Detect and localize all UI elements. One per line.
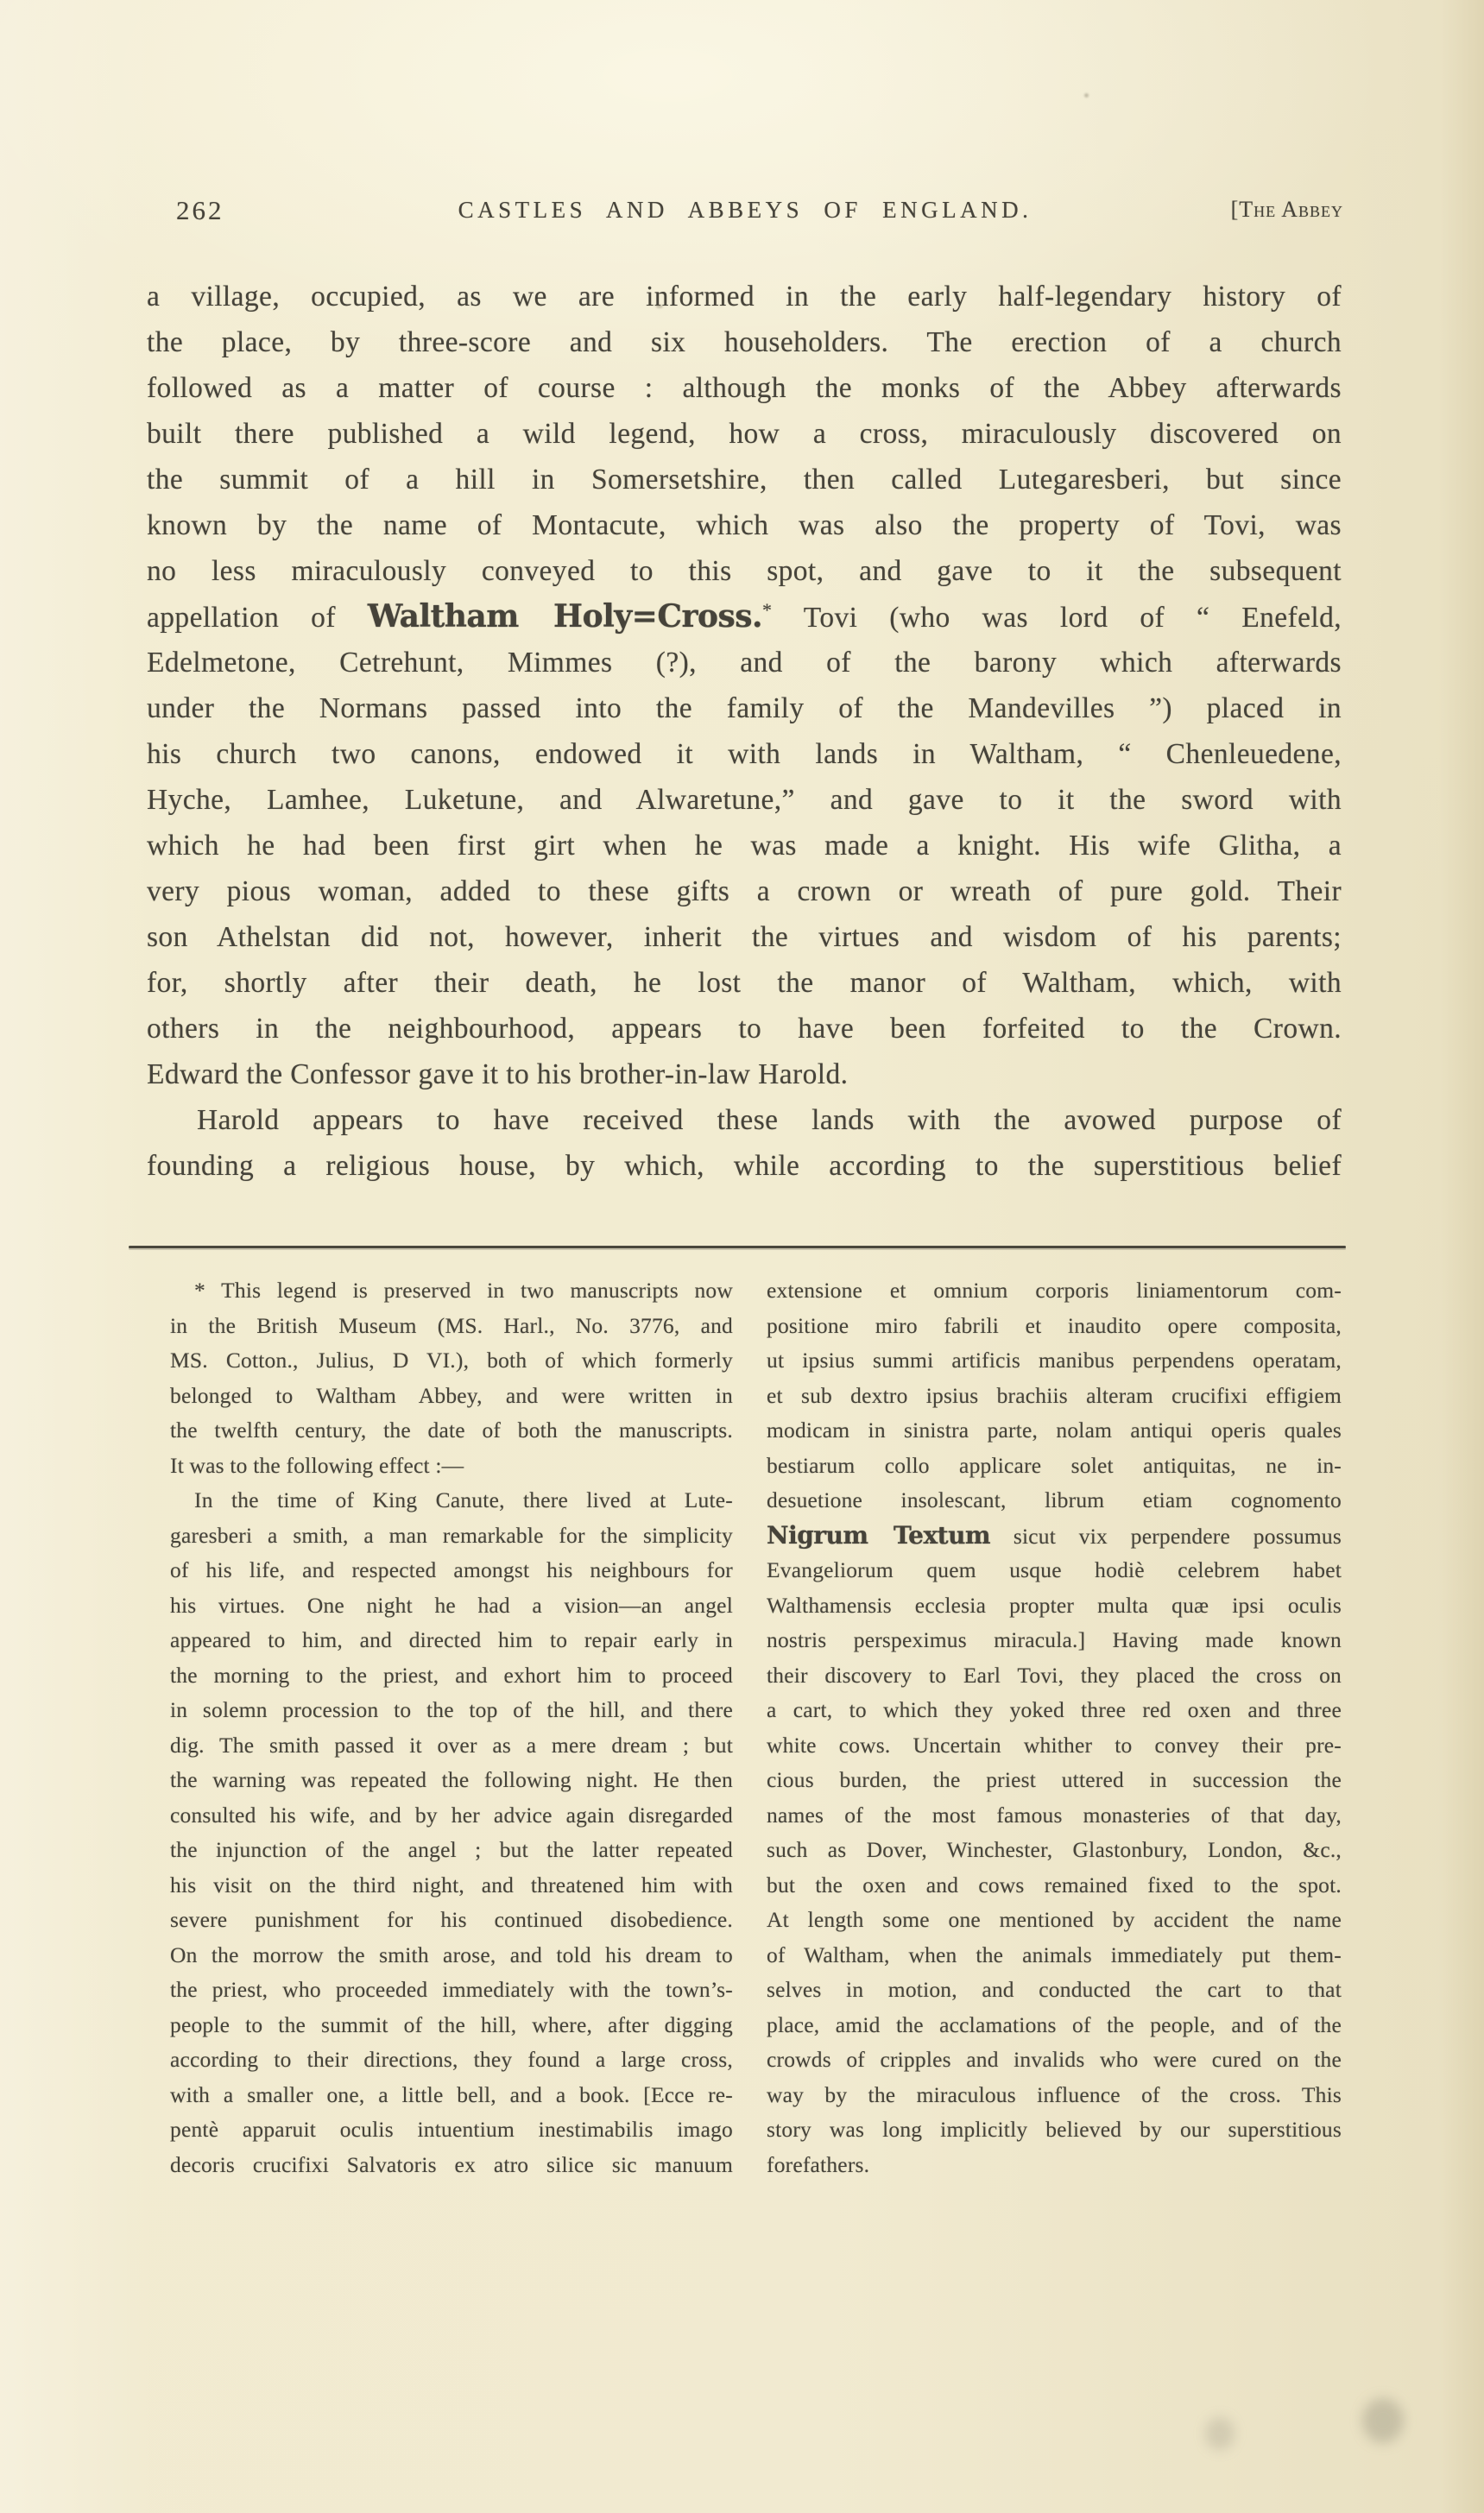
footnote-left-column: * This legend is preserved in two manusc… (170, 1273, 733, 2182)
footnote-line: Evangeliorum quem usque hodiè celebrem h… (767, 1553, 1342, 1588)
footnote-line: according to their directions, they foun… (170, 2043, 733, 2078)
body-line: Hyche, Lamhee, Luketune, and Alwaretune,… (147, 777, 1342, 823)
footnote-line: On the morrow the smith arose, and told … (170, 1938, 733, 1973)
footnote-line: such as Dover, Winchester, Glastonbury, … (767, 1833, 1342, 1868)
footnote-line: consulted his wife, and by her advice ag… (170, 1798, 733, 1834)
body-line: founding a religious house, by which, wh… (147, 1143, 1342, 1189)
footnote-line: his virtues. One night he had a vision—a… (170, 1588, 733, 1624)
footnote-line: the warning was repeated the following n… (170, 1763, 733, 1798)
footnote-line: but the oxen and cows remained fixed to … (767, 1868, 1342, 1904)
footnote-line: In the time of King Canute, there lived … (170, 1483, 733, 1519)
footnote-line: forefathers. (767, 2148, 1342, 2183)
footnote-line: of Waltham, when the animals immediately… (767, 1938, 1342, 1973)
body-line: others in the neighbourhood, appears to … (147, 1006, 1342, 1051)
footnote-line: Walthamensis ecclesia propter multa quæ … (767, 1588, 1342, 1624)
footnote-line: appeared to him, and directed him to rep… (170, 1623, 733, 1658)
footnote-line: people to the summit of the hill, where,… (170, 2008, 733, 2043)
footnote-line: names of the most famous monasteries of … (767, 1798, 1342, 1834)
body-line: known by the name of Montacute, which wa… (147, 502, 1342, 548)
body-line: Harold appears to have received these la… (147, 1097, 1342, 1143)
footnote-line: pentè apparuit oculis intuentium inestim… (170, 2112, 733, 2148)
footnote-line: the priest, who proceeded immediately wi… (170, 1973, 733, 2008)
footnote-marker-asterisk: * (762, 599, 772, 621)
footnote-line: way by the miraculous influence of the c… (767, 2078, 1342, 2113)
book-title: CASTLES AND ABBEYS OF ENGLAND. (147, 197, 1343, 224)
footnote-line: decoris crucifixi Salvatoris ex atro sil… (170, 2148, 733, 2183)
footnote-line: et sub dextro ipsius brachiis alteram cr… (767, 1379, 1342, 1414)
footnote-line: with a smaller one, a little bell, and a… (170, 2078, 733, 2113)
body-line: his church two canons, endowed it with l… (147, 731, 1342, 777)
blackletter-waltham-holy-cross: Waltham Holy=Cross. (368, 598, 762, 635)
footnote-divider-rule (129, 1246, 1346, 1248)
footnote-right-column: extensione et omnium corporis liniamento… (767, 1273, 1342, 2182)
body-line: son Athelstan did not, however, inherit … (147, 914, 1342, 960)
scan-smudge (1362, 2398, 1404, 2443)
body-line: followed as a matter of course : althoug… (147, 365, 1342, 411)
footnote-line: garesberi a smith, a man remarkable for … (170, 1519, 733, 1554)
running-head: [The Abbey (1231, 197, 1343, 223)
footnote-line: in solemn procession to the top of the h… (170, 1693, 733, 1728)
footnote-line: bestiarum collo applicare solet antiquit… (767, 1449, 1342, 1484)
footnote-line: * This legend is preserved in two manusc… (170, 1273, 733, 1309)
body-line: no less miraculously conveyed to this sp… (147, 548, 1342, 594)
scan-smudge (1205, 2417, 1235, 2450)
footnote-line: At length some one mentioned by accident… (767, 1903, 1342, 1938)
footnote-line: MS. Cotton., Julius, D VI.), both of whi… (170, 1343, 733, 1379)
body-text-segment: appellation of (147, 602, 368, 634)
footnote-line: extensione et omnium corporis liniamento… (767, 1273, 1342, 1309)
body-line: the summit of a hill in Somersetshire, t… (147, 457, 1342, 502)
footnote-line: severe punishment for his continued diso… (170, 1903, 733, 1938)
footnote-line: positione miro fabrili et inaudito opere… (767, 1309, 1342, 1344)
body-line: Edward the Confessor gave it to his brot… (147, 1051, 1342, 1097)
body-line: for, shortly after their death, he lost … (147, 960, 1342, 1006)
scanned-book-page: { "header": { "page_number": "262", "tit… (0, 0, 1484, 2513)
footnote-line-blackletter: Nigrum Textum sicut vix perpendere possu… (767, 1519, 1342, 1554)
body-line: very pious woman, added to these gifts a… (147, 868, 1342, 914)
footnote-line: place, amid the acclamations of the peop… (767, 2008, 1342, 2043)
footnote-line: the twelfth century, the date of both th… (170, 1413, 733, 1449)
body-line: which he had been first girt when he was… (147, 823, 1342, 868)
footnote-line: the injunction of the angel ; but the la… (170, 1833, 733, 1868)
body-text-segment: Tovi (who was lord of “ Enefeld, (772, 602, 1342, 634)
footnote-line: selves in motion, and conducted the cart… (767, 1973, 1342, 2008)
body-line: Edelmetone, Cetrehunt, Mimmes (?), and o… (147, 640, 1342, 685)
scan-speck (1084, 93, 1089, 98)
body-line: under the Normans passed into the family… (147, 685, 1342, 731)
footnote-line: modicam in sinistra parte, nolam antiqui… (767, 1413, 1342, 1449)
blackletter-nigrum-textum: Nigrum Textum (767, 1521, 990, 1550)
body-line-blackletter: appellation of Waltham Holy=Cross.* Tovi… (147, 594, 1342, 640)
body-line: the place, by three-score and six househ… (147, 319, 1342, 365)
footnote-line: a cart, to which they yoked three red ox… (767, 1693, 1342, 1728)
footnote-line: ut ipsius summi artificis manibus perpen… (767, 1343, 1342, 1379)
footnote-line: in the British Museum (MS. Harl., No. 37… (170, 1309, 733, 1344)
footnote-line: dig. The smith passed it over as a mere … (170, 1728, 733, 1764)
main-text-block: a village, occupied, as we are informed … (147, 274, 1342, 1189)
footnote-line: belonged to Waltham Abbey, and were writ… (170, 1379, 733, 1414)
footnote-line: white cows. Uncertain whither to convey … (767, 1728, 1342, 1764)
footnote-line: nostris perspeximus miracula.] Having ma… (767, 1623, 1342, 1658)
footnote-line: their discovery to Earl Tovi, they place… (767, 1658, 1342, 1694)
footnote-line: of his life, and respected amongst his n… (170, 1553, 733, 1588)
body-line: built there published a wild legend, how… (147, 411, 1342, 457)
footnote-line: It was to the following effect :— (170, 1449, 733, 1484)
page-header: 262 CASTLES AND ABBEYS OF ENGLAND. [The … (147, 193, 1343, 231)
footnote-line: cious burden, the priest uttered in succ… (767, 1763, 1342, 1798)
footnote-line: desuetione insolescant, librum etiam cog… (767, 1483, 1342, 1519)
footnote-line: his visit on the third night, and threat… (170, 1868, 733, 1904)
footnote-line: story was long implicitly believed by ou… (767, 2112, 1342, 2148)
footnote-line: the morning to the priest, and exhort hi… (170, 1658, 733, 1694)
footnote-text-segment: sicut vix perpendere possumus (990, 1524, 1342, 1549)
body-line: a village, occupied, as we are informed … (147, 274, 1342, 319)
scan-speck (656, 305, 663, 308)
footnote-line: crowds of cripples and invalids who were… (767, 2043, 1342, 2078)
